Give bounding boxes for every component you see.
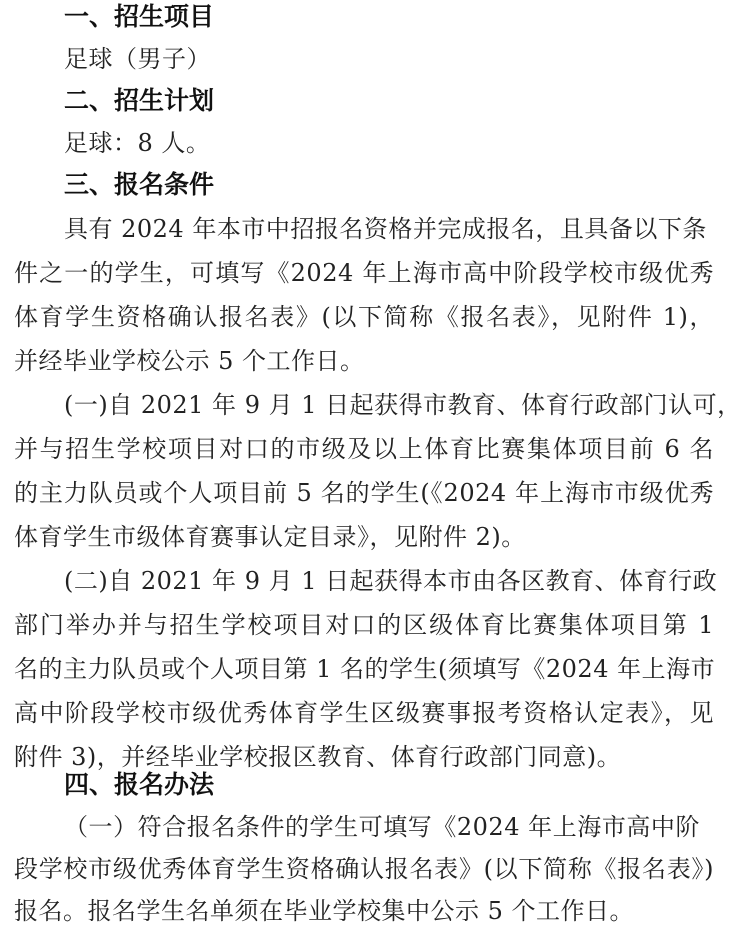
paragraph-line: 部门举办并与招生学校项目对口的区级体育比赛集体项目第 1	[14, 610, 714, 640]
paragraph-line: （一）符合报名条件的学生可填写《2024 年上海市高中阶	[64, 812, 700, 842]
paragraph-line: (一)自 2021 年 9 月 1 日起获得市教育、体育行政部门认可，	[64, 390, 700, 420]
paragraph-line: 具有 2024 年本市中招报名资格并完成报名，且具备以下条	[64, 214, 700, 244]
section-heading-enrollment-plan: 二、招生计划	[64, 86, 214, 116]
section-heading-registration-method: 四、报名办法	[64, 770, 214, 800]
paragraph-line: 高中阶段学校市级优秀体育学生区级赛事报考资格认定表》，见	[14, 698, 714, 728]
section-heading-registration-conditions: 三、报名条件	[64, 170, 214, 200]
paragraph-line: 段学校市级优秀体育学生资格确认报名表》(以下简称《报名表》)	[14, 854, 714, 884]
paragraph-line: 附件 3)，并经毕业学校报区教育、体育行政部门同意)。	[14, 742, 621, 772]
paragraph-line: 体育学生资格确认报名表》(以下简称《报名表》，见附件 1)，	[14, 302, 714, 332]
enrollment-plan-text: 足球：8 人。	[64, 128, 210, 158]
paragraph-line: 并与招生学校项目对口的市级及以上体育比赛集体项目前 6 名	[14, 434, 714, 464]
paragraph-line: (二)自 2021 年 9 月 1 日起获得本市由各区教育、体育行政	[64, 566, 700, 596]
enrollment-project-text: 足球（男子）	[64, 44, 211, 74]
paragraph-line: 的主力队员或个人项目前 5 名的学生(《2024 年上海市市级优秀	[14, 478, 714, 508]
paragraph-line: 件之一的学生，可填写《2024 年上海市高中阶段学校市级优秀	[14, 258, 714, 288]
paragraph-line: 名的主力队员或个人项目第 1 名的学生(须填写《2024 年上海市	[14, 654, 714, 684]
section-heading-enrollment-project: 一、招生项目	[64, 2, 214, 32]
paragraph-line: 并经毕业学校公示 5 个工作日。	[14, 346, 365, 376]
paragraph-line: 报名。报名学生名单须在毕业学校集中公示 5 个工作日。	[14, 896, 634, 926]
paragraph-line: 体育学生市级体育赛事认定目录》，见附件 2)。	[14, 522, 526, 552]
